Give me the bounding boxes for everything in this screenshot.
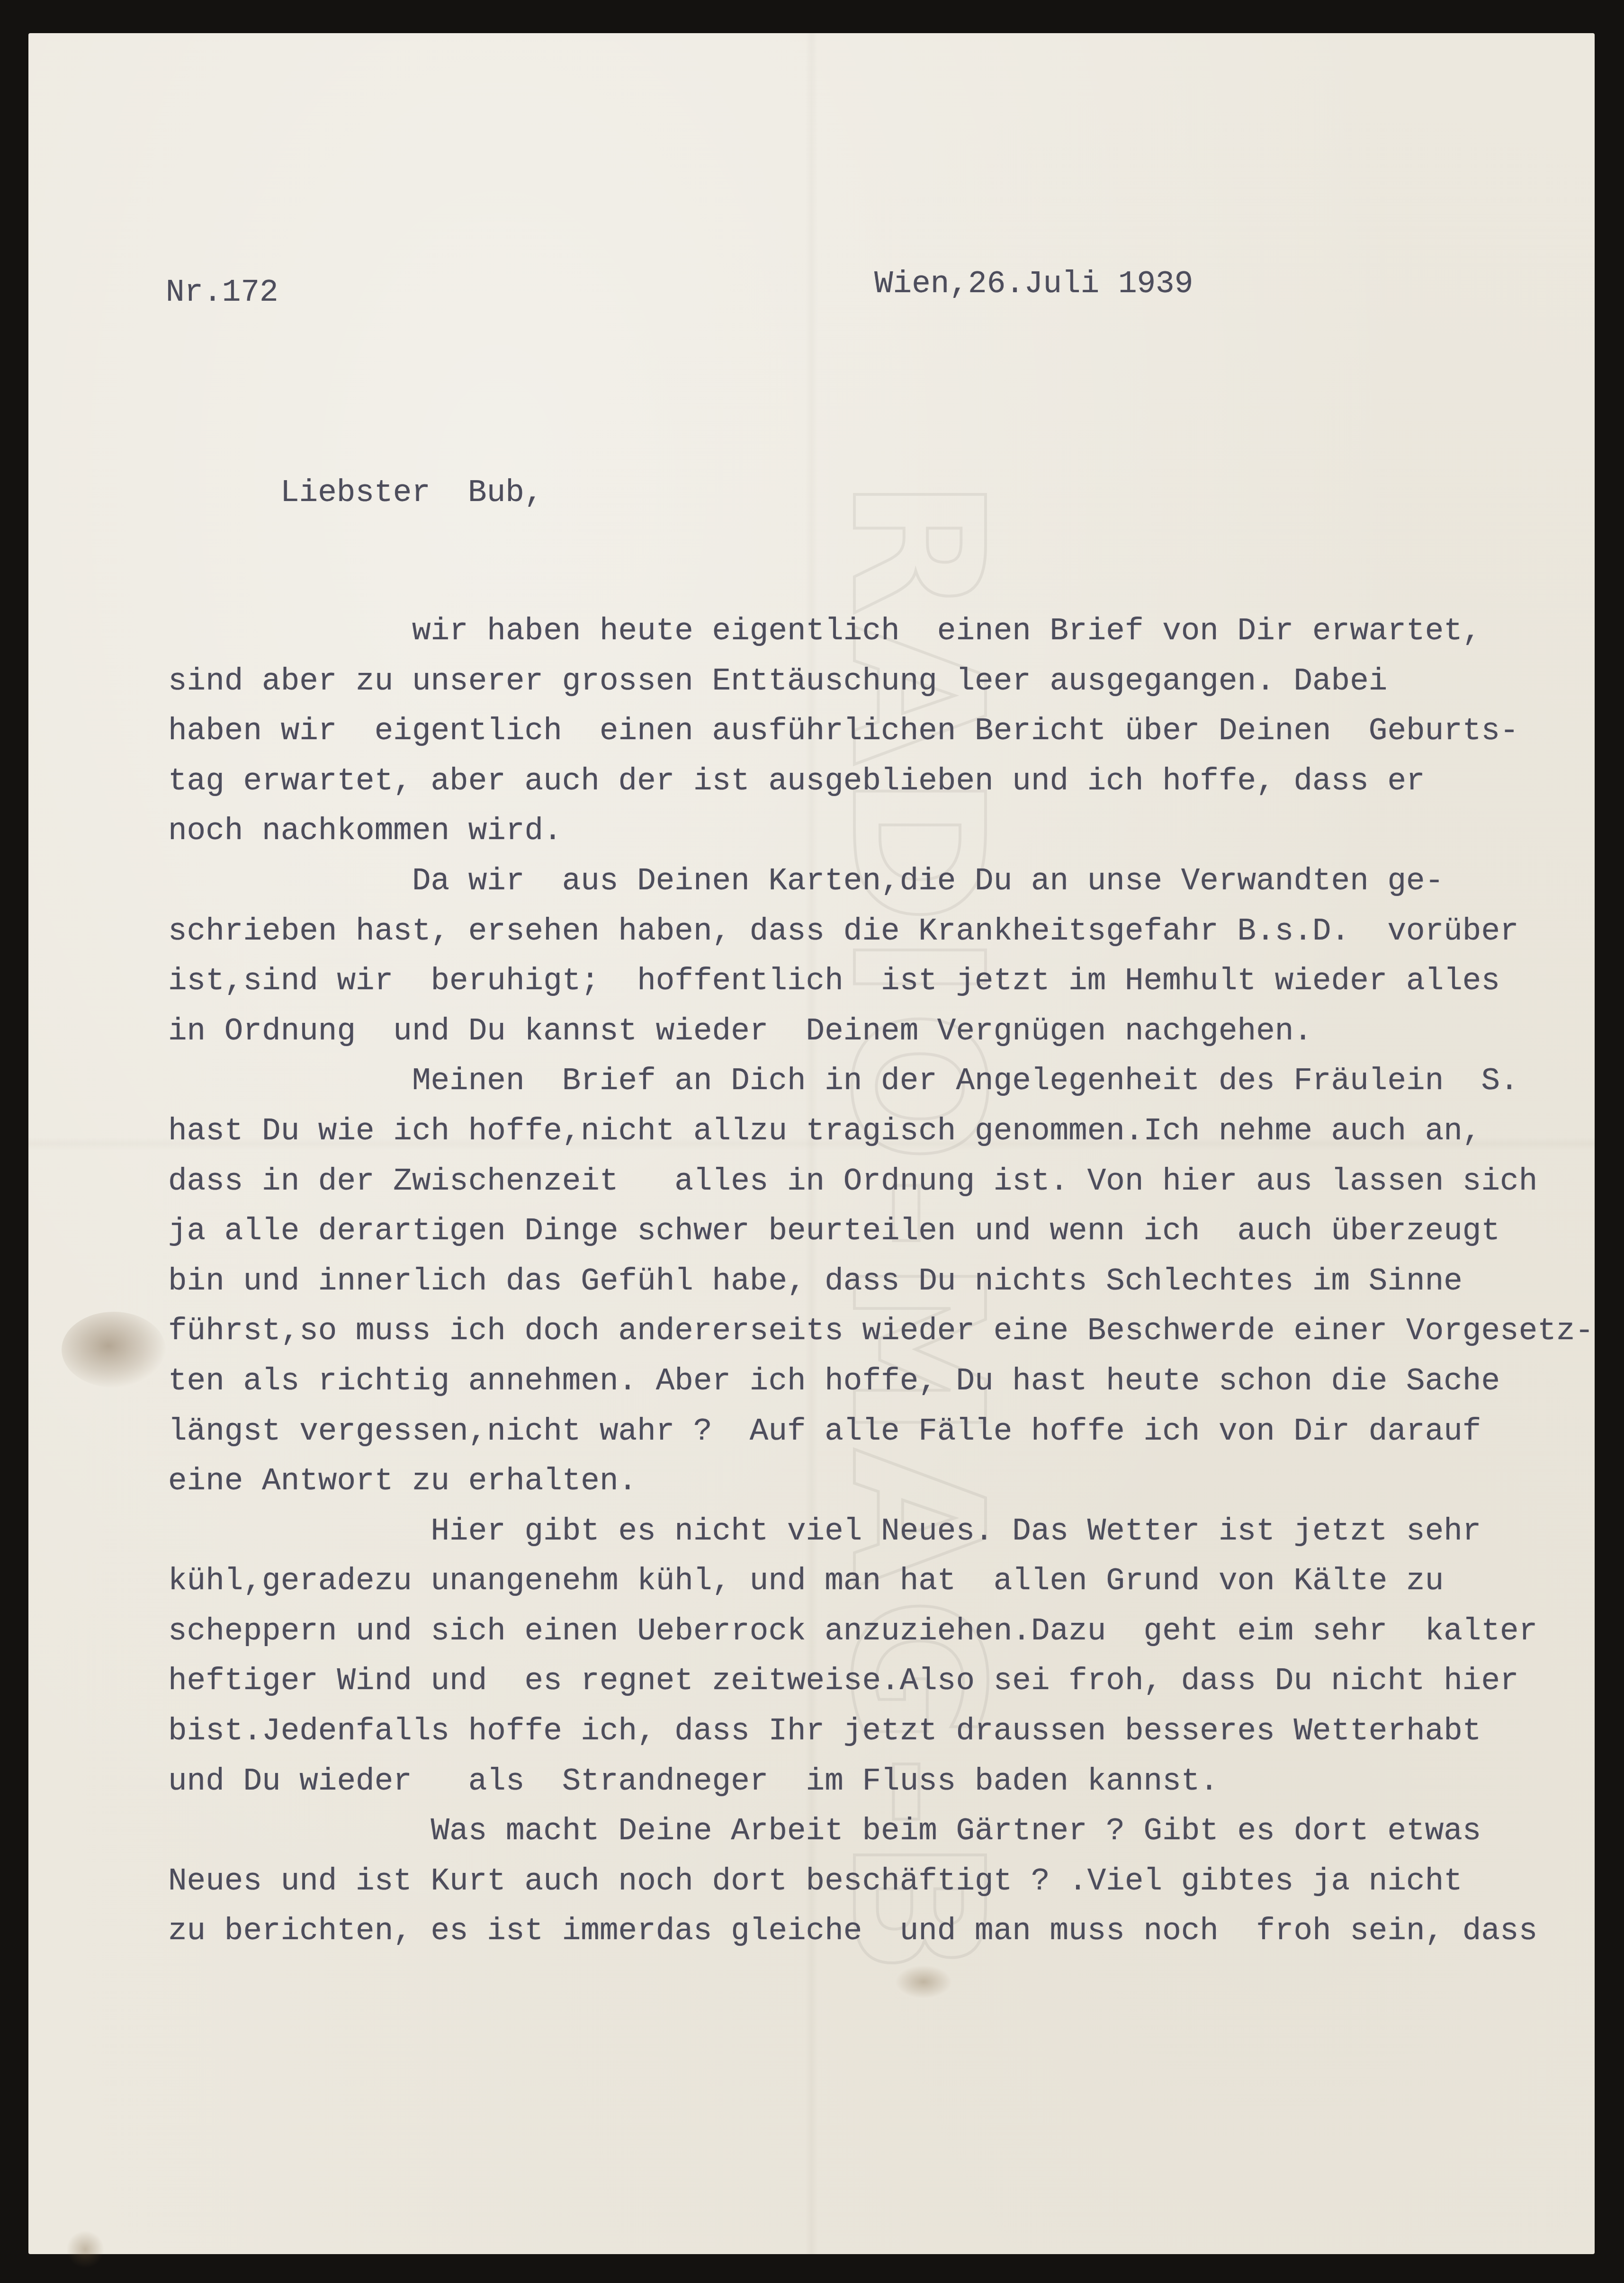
letter-place-date: Wien,26.Juli 1939 (874, 269, 1193, 300)
body-line: führst,so muss ich doch andererseits wie… (168, 1316, 1594, 1366)
body-line: Neues und ist Kurt auch noch dort beschä… (168, 1866, 1594, 1916)
body-line: wir haben heute eigentlich einen Brief v… (168, 616, 1594, 666)
body-line: kühl,geradezu unangenehm kühl, und man h… (168, 1566, 1594, 1616)
letter-salutation: Liebster Bub, (280, 477, 543, 509)
body-line: Da wir aus Deinen Karten,die Du an unse … (168, 866, 1594, 916)
body-line: sind aber zu unserer grossen Enttäuschun… (168, 666, 1594, 716)
paper-stain (895, 1965, 952, 1998)
body-line: bin und innerlich das Gefühl habe, dass … (168, 1266, 1594, 1316)
paper-stain (66, 2230, 104, 2268)
body-line: ist,sind wir beruhigt; hoffentlich ist j… (168, 966, 1594, 1016)
body-line: ja alle derartigen Dinge schwer beurteil… (168, 1216, 1594, 1266)
body-line: zu berichten, es ist immerdas gleiche un… (168, 1916, 1594, 1966)
body-line: Hier gibt es nicht viel Neues. Das Wette… (168, 1516, 1594, 1566)
body-line: schrieben hast, ersehen haben, dass die … (168, 916, 1594, 966)
body-line: noch nachkommen wird. (168, 815, 1594, 866)
body-line: Meinen Brief an Dich in der Angelegenhei… (168, 1065, 1594, 1116)
body-line: in Ordnung und Du kannst wieder Deinem V… (168, 1016, 1594, 1066)
body-line: dass in der Zwischenzeit alles in Ordnun… (168, 1166, 1594, 1216)
letter-number: Nr.172 (166, 277, 278, 308)
body-line: haben wir eigentlich einen ausführlichen… (168, 716, 1594, 766)
paper-stain (62, 1312, 166, 1388)
letter-body: wir haben heute eigentlich einen Brief v… (168, 616, 1594, 1966)
body-line: bist.Jedenfalls hoffe ich, dass Ihr jetz… (168, 1716, 1594, 1766)
body-line: heftiger Wind und es regnet zeitweise.Al… (168, 1665, 1594, 1716)
body-line: Was macht Deine Arbeit beim Gärtner ? Gi… (168, 1816, 1594, 1866)
body-line: hast Du wie ich hoffe,nicht allzu tragis… (168, 1116, 1594, 1166)
body-line: tag erwartet, aber auch der ist ausgebli… (168, 766, 1594, 816)
body-line: längst vergessen,nicht wahr ? Auf alle F… (168, 1416, 1594, 1466)
body-line: und Du wieder als Strandneger im Fluss b… (168, 1766, 1594, 1816)
body-line: scheppern und sich einen Ueberrock anzuz… (168, 1616, 1594, 1666)
body-line: eine Antwort zu erhalten. (168, 1466, 1594, 1516)
body-line: ten als richtig annehmen. Aber ich hoffe… (168, 1366, 1594, 1416)
